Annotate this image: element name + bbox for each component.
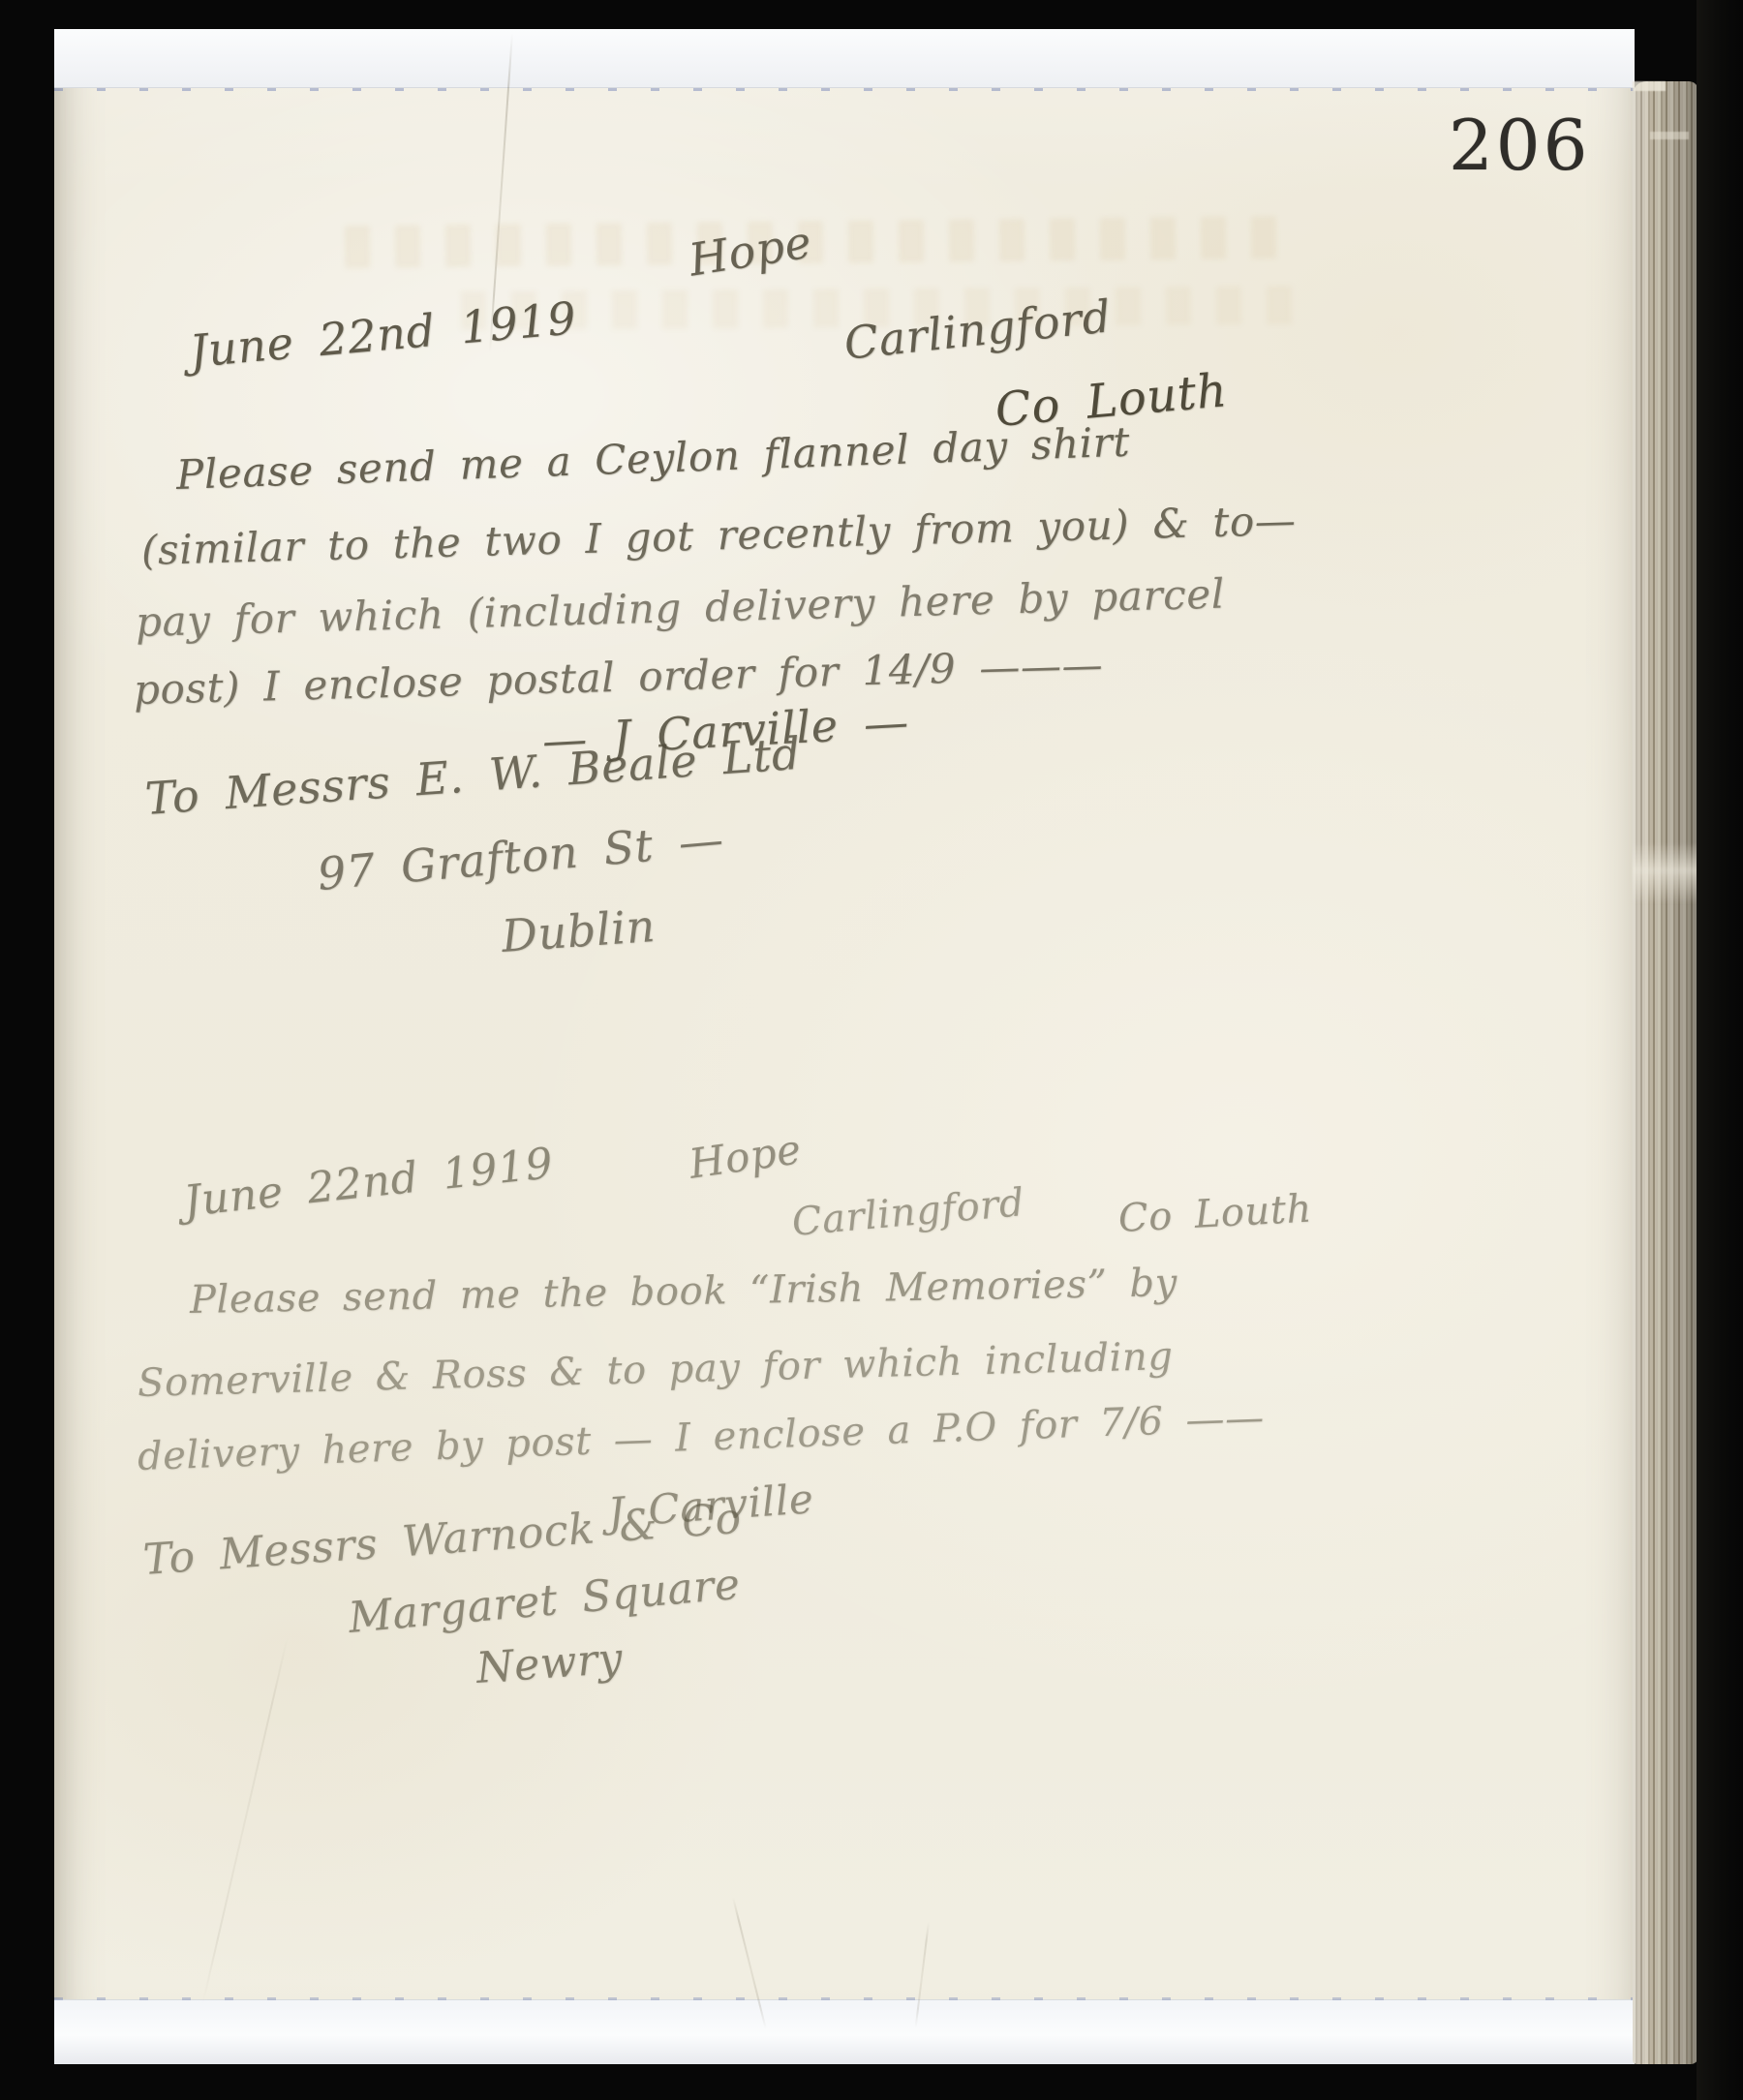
stack-step — [1650, 132, 1689, 139]
letter-2-place-town: Carlingford — [790, 1180, 1026, 1245]
letter-2: Hope June 22nd 1919 Carlingford Co Louth… — [54, 29, 1635, 2064]
stack-step — [1633, 81, 1666, 91]
previous-page-edge — [4, 33, 56, 2058]
letter-2-date: June 22nd 1919 — [181, 1139, 555, 1227]
letter-2-place-house: Hope — [687, 1125, 805, 1188]
book-cover — [1697, 0, 1743, 2100]
stack-notch — [1633, 842, 1698, 904]
letter-2-body-line: delivery here by post — I enclose a P.O … — [137, 1395, 1265, 1479]
letter-2-body-line: Please send me the book “Irish Memories”… — [190, 1261, 1178, 1323]
letter-2-recipient-city: Newry — [474, 1634, 625, 1693]
ledger-page: 206 Hope June 22nd 1919 Carlingford Co L… — [54, 29, 1635, 2064]
letter-2-body-line: Somerville & Ross & to pay for which inc… — [137, 1334, 1174, 1406]
letter-book-scan: 206 Hope June 22nd 1919 Carlingford Co L… — [0, 0, 1743, 2100]
letter-2-recipient-street: Margaret Square — [347, 1560, 743, 1643]
page-edges-stack — [1633, 81, 1698, 2064]
letter-2-place-county: Co Louth — [1117, 1187, 1313, 1241]
